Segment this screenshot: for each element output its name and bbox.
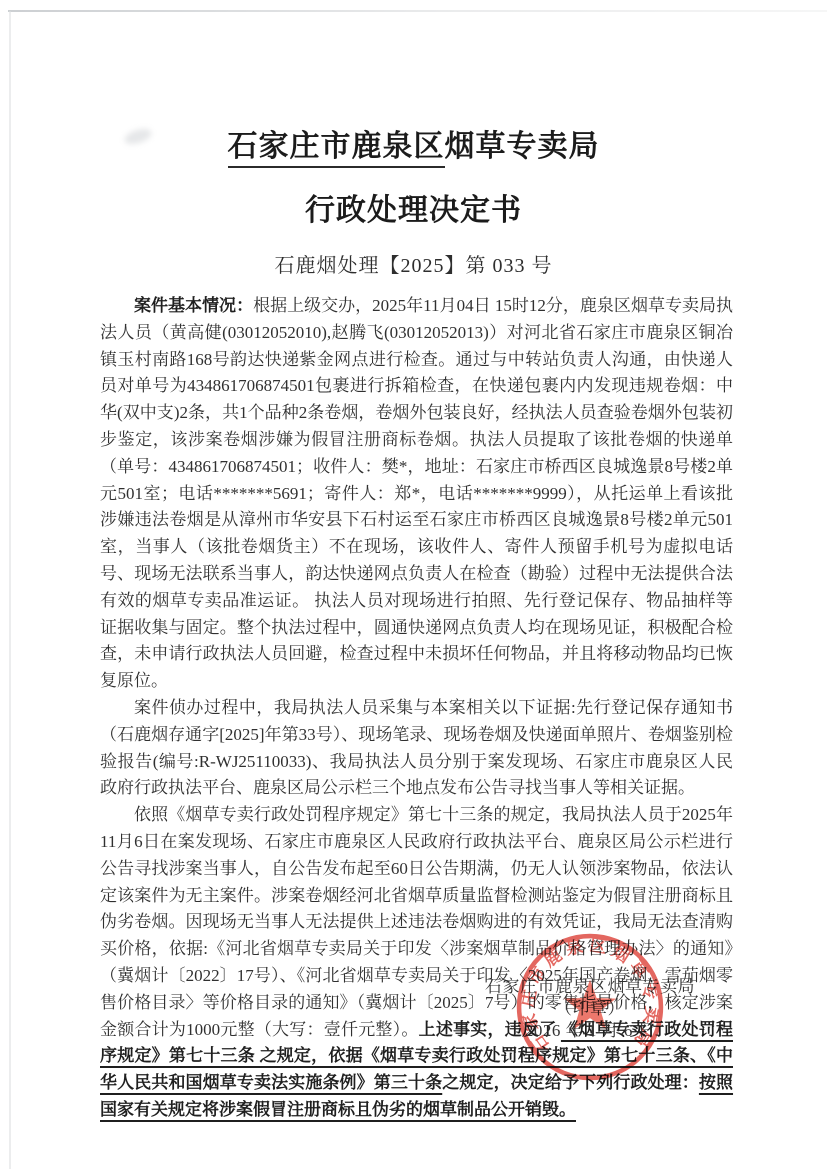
document-title-underlined-part: 石家庄市鹿泉区: [228, 130, 445, 168]
case-facts-label: 案件基本情况：: [134, 296, 253, 315]
paragraph-evidence: 案件侦办过程中，我局执法人员采集与本案相关以下证据:先行登记保存通知书（石鹿烟存…: [100, 695, 733, 802]
official-seal-stamp: 石家庄市鹿泉区烟草专卖局: [514, 931, 666, 1083]
document-page: 石家庄市鹿泉区烟草专卖局 行政处理决定书 石鹿烟处理【2025】第 033 号 …: [0, 0, 827, 1169]
document-number: 石鹿烟处理【2025】第 033 号: [0, 249, 827, 278]
paragraph-case-facts: 案件基本情况：根据上级交办，2025年11月04日 15时12分，鹿泉区烟草专卖…: [100, 293, 733, 695]
case-facts-text: 根据上级交办，2025年11月04日 15时12分，鹿泉区烟草专卖局执法人员（黄…: [100, 296, 733, 690]
seal-star-icon: [564, 980, 616, 1029]
scan-edge-left: [9, 11, 11, 1169]
scan-edge-top: [8, 10, 827, 12]
document-title-rest: 烟草专卖局: [445, 130, 600, 163]
document-subtitle: 行政处理决定书: [0, 192, 827, 230]
